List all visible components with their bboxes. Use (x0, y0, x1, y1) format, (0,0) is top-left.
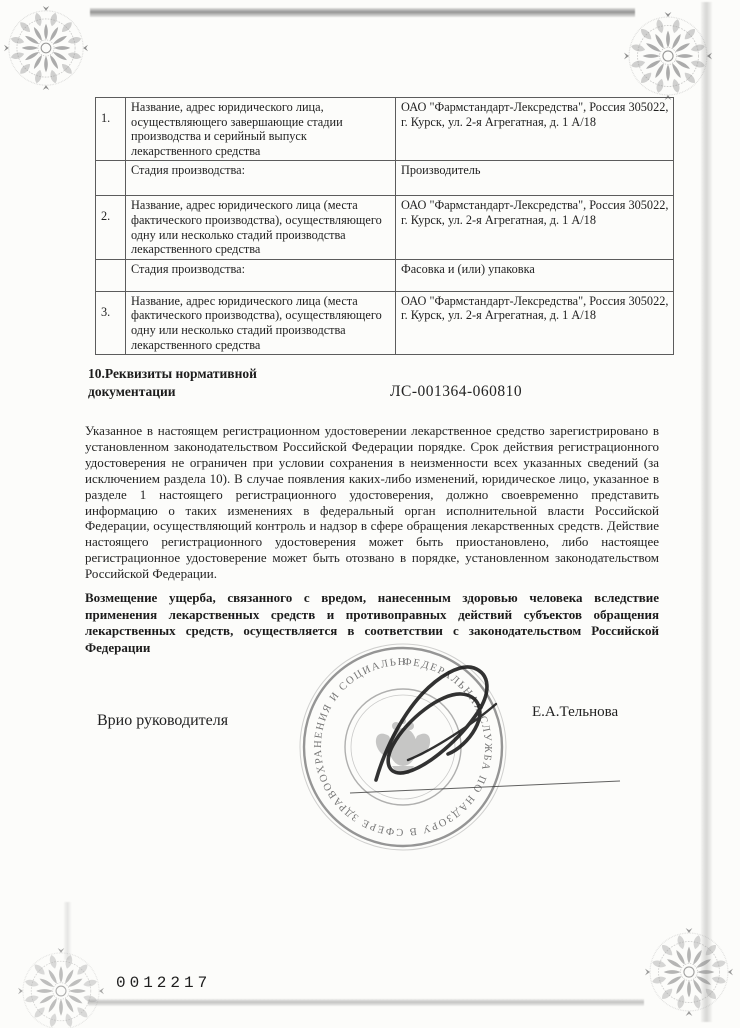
row-number-cell: 1. (96, 98, 126, 161)
section-10-heading: 10.Реквизиты нормативной документации (88, 365, 293, 400)
value-cell: ОАО "Фармстандарт-Лексредства", Россия 3… (396, 291, 674, 354)
production-table: 1. Название, адрес юридического лица, ос… (95, 97, 674, 355)
document-page: 1. Название, адрес юридического лица, ос… (0, 0, 740, 1028)
form-serial-number: 0012217 (116, 974, 211, 992)
right-border-band (701, 2, 712, 1022)
value-cell: ОАО "Фармстандарт-Лексредства", Россия 3… (396, 196, 674, 259)
row-number-cell: 2. (96, 196, 126, 259)
corner-rosette-icon-top-left (4, 6, 88, 90)
row-number-cell (96, 161, 126, 196)
top-border-band (90, 8, 635, 17)
corner-rosette-icon-bottom-right (645, 928, 733, 1016)
label-cell: Стадия производства: (126, 161, 396, 196)
value-cell: ОАО "Фармстандарт-Лексредства", Россия 3… (396, 98, 674, 161)
corner-rosette-icon-bottom-left (18, 948, 104, 1028)
table-row: 3. Название, адрес юридического лица (ме… (96, 291, 674, 354)
table-row: 2. Название, адрес юридического лица (ме… (96, 196, 674, 259)
round-official-stamp-icon: ФЕДЕРАЛЬНАЯ СЛУЖБА ПО НАДЗОРУ В СФЕРЕ ЗД… (288, 632, 623, 867)
bottom-border-band (88, 999, 644, 1006)
value-cell: Фасовка и (или) упаковка (396, 259, 674, 291)
row-number-cell (96, 259, 126, 291)
registration-paragraph: Указанное в настоящем регистрационном уд… (85, 423, 659, 582)
table-row: Стадия производства: Фасовка и (или) упа… (96, 259, 674, 291)
row-number-cell: 3. (96, 291, 126, 354)
corner-rosette-icon-top-right (624, 12, 712, 100)
signatory-title: Врио руководителя (97, 712, 228, 730)
value-cell: Производитель (396, 161, 674, 196)
label-cell: Название, адрес юридического лица (места… (126, 291, 396, 354)
normative-doc-number: ЛС-001364-060810 (390, 383, 522, 401)
label-cell: Название, адрес юридического лица, осуще… (126, 98, 396, 161)
table-row: Стадия производства: Производитель (96, 161, 674, 196)
label-cell: Название, адрес юридического лица (места… (126, 196, 396, 259)
table-row: 1. Название, адрес юридического лица, ос… (96, 98, 674, 161)
label-cell: Стадия производства: (126, 259, 396, 291)
